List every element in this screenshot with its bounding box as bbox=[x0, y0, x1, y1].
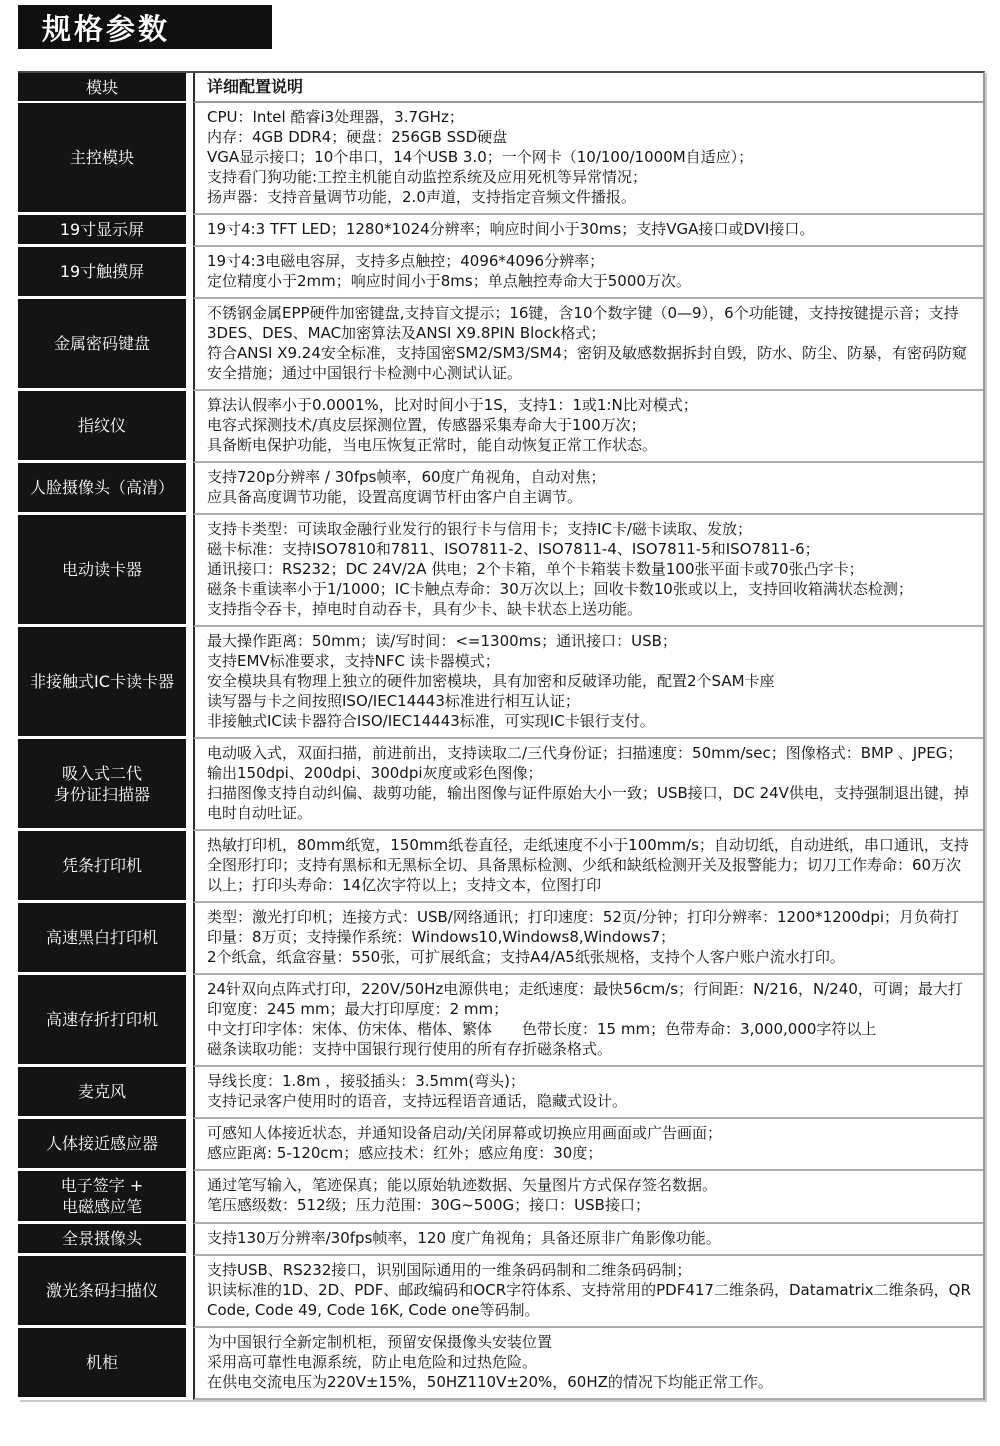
detail-line: 扫描图像支持自动纠偏、裁剪功能，输出图像与证件原始大小一致；USB接口，DC 2… bbox=[207, 783, 973, 823]
detail-line: 19寸4:3电磁电容屏，支持多点触控；4096*4096分辨率； bbox=[207, 251, 973, 271]
detail-cell: 类型：激光打印机；连接方式：USB/网络通讯；打印速度：52页/分钟；打印分辨率… bbox=[193, 903, 983, 975]
table-row: 金属密码键盘 不锈钢金属EPP硬件加密键盘,支持盲文提示；16键，含10个数字键… bbox=[18, 299, 983, 391]
module-cell: 麦克风 bbox=[18, 1067, 186, 1119]
detail-cell: 支持720p分辨率 / 30fps帧率，60度广角视角，自动对焦；应具备高度调节… bbox=[193, 463, 983, 515]
detail-cell: 通过笔写输入，笔迹保真；能以原始轨迹数据、矢量图片方式保存签名数据。笔压感级数：… bbox=[193, 1171, 983, 1224]
detail-line: 支持130万分辨率/30fps帧率，120 度广角视角；具备还原非广角影像功能。 bbox=[207, 1228, 973, 1248]
detail-line: 支持指令吞卡，掉电时自动吞卡，具有少卡、缺卡状态上送功能。 bbox=[207, 599, 973, 619]
module-cell: 19寸显示屏 bbox=[18, 215, 186, 247]
detail-cell: 电动吸入式，双面扫描，前进前出，支持读取二/三代身份证；扫描速度：50mm/se… bbox=[193, 739, 983, 831]
module-cell: 19寸触摸屏 bbox=[18, 247, 186, 299]
table-row: 电动读卡器 支持卡类型：可读取金融行业发行的银行卡与信用卡；支持IC卡/磁卡读取… bbox=[18, 515, 983, 627]
detail-cell: 热敏打印机，80mm纸宽，150mm纸卷直径，走纸速度不小于100mm/s；自动… bbox=[193, 831, 983, 903]
detail-line: 磁卡标准：支持ISO7810和7811、ISO7811-2、ISO7811-4、… bbox=[207, 539, 973, 559]
detail-cell: 不锈钢金属EPP硬件加密键盘,支持盲文提示；16键，含10个数字键（0—9），6… bbox=[193, 299, 983, 391]
table-row: 麦克风 导线长度：1.8m ，接驳插头：3.5mm(弯头)；支持记录客户使用时的… bbox=[18, 1067, 983, 1119]
detail-line: 采用高可靠性电源系统，防止电危险和过热危险。 bbox=[207, 1352, 973, 1372]
spec-table-body: 主控模块 CPU：Intel 酷睿i3处理器，3.7GHz；内存：4GB DDR… bbox=[18, 103, 983, 1400]
table-row: 人体接近感应器 可感知人体接近状态，并通知设备启动/关闭屏幕或切换应用画面或广告… bbox=[18, 1119, 983, 1171]
detail-line: 电动吸入式，双面扫描，前进前出，支持读取二/三代身份证；扫描速度：50mm/se… bbox=[207, 743, 973, 783]
module-cell: 激光条码扫描仪 bbox=[18, 1256, 186, 1328]
detail-line: 最大操作距离：50mm；读/写时间：<=1300ms；通讯接口：USB； bbox=[207, 631, 973, 651]
detail-cell: 导线长度：1.8m ，接驳插头：3.5mm(弯头)；支持记录客户使用时的语音，支… bbox=[193, 1067, 983, 1119]
detail-line: VGA显示接口；10个串口，14个USB 3.0；一个网卡（10/100/100… bbox=[207, 147, 973, 167]
table-row: 电子签字 + 电磁感应笔 通过笔写输入，笔迹保真；能以原始轨迹数据、矢量图片方式… bbox=[18, 1171, 983, 1224]
detail-line: 通讯接口：RS232；DC 24V/2A 供电；2个卡箱，单个卡箱装卡数量100… bbox=[207, 559, 973, 579]
detail-line: 支持720p分辨率 / 30fps帧率，60度广角视角，自动对焦； bbox=[207, 467, 973, 487]
table-row: 主控模块 CPU：Intel 酷睿i3处理器，3.7GHz；内存：4GB DDR… bbox=[18, 103, 983, 215]
detail-line: 支持看门狗功能:工控主机能自动监控系统及应用死机等异常情况； bbox=[207, 167, 973, 187]
page-title: 规格参数 bbox=[18, 5, 272, 49]
detail-cell: 支持USB、RS232接口，识别国际通用的一维条码码制和二维条码码制；识读标准的… bbox=[193, 1256, 983, 1328]
detail-line: 读写器与卡之间按照ISO/IEC14443标准进行相互认证； bbox=[207, 691, 973, 711]
table-row: 机柜 为中国银行全新定制机柜，预留安保摄像头安装位置采用高可靠性电源系统，防止电… bbox=[18, 1328, 983, 1400]
detail-line: 中文打印字体：宋体、仿宋体、楷体、繁体 色带长度：15 mm；色带寿命：3,00… bbox=[207, 1019, 973, 1039]
detail-line: 类型：激光打印机；连接方式：USB/网络通讯；打印速度：52页/分钟；打印分辨率… bbox=[207, 907, 973, 947]
table-row: 凭条打印机 热敏打印机，80mm纸宽，150mm纸卷直径，走纸速度不小于100m… bbox=[18, 831, 983, 903]
detail-line: CPU：Intel 酷睿i3处理器，3.7GHz； bbox=[207, 107, 973, 127]
module-cell: 人脸摄像头（高清） bbox=[18, 463, 186, 515]
table-row: 人脸摄像头（高清） 支持720p分辨率 / 30fps帧率，60度广角视角，自动… bbox=[18, 463, 983, 515]
module-cell: 全景摄像头 bbox=[18, 1224, 186, 1256]
header-detail-cell: 详细配置说明 bbox=[193, 73, 983, 103]
table-row: 激光条码扫描仪 支持USB、RS232接口，识别国际通用的一维条码码制和二维条码… bbox=[18, 1256, 983, 1328]
detail-line: 符合ANSI X9.24安全标准，支持国密SM2/SM3/SM4；密钥及敏感数据… bbox=[207, 343, 973, 383]
detail-line: 磁条读取功能：支持中国银行现行使用的所有存折磁条格式。 bbox=[207, 1039, 973, 1059]
detail-line: 24针双向点阵式打印，220V/50Hz电源供电；走纸速度：最快56cm/s；行… bbox=[207, 979, 973, 1019]
detail-cell: 最大操作距离：50mm；读/写时间：<=1300ms；通讯接口：USB；支持EM… bbox=[193, 627, 983, 739]
module-cell: 高速黑白打印机 bbox=[18, 903, 186, 975]
table-row: 指纹仪 算法认假率小于0.0001%，比对时间小于1S，支持1：1或1:N比对模… bbox=[18, 391, 983, 463]
spec-sheet-page: 规格参数 模块 详细配置说明 主控模块 CPU：Intel 酷睿i3处理器，3.… bbox=[0, 0, 1000, 1446]
module-cell: 金属密码键盘 bbox=[18, 299, 186, 391]
table-row: 高速存折打印机 24针双向点阵式打印，220V/50Hz电源供电；走纸速度：最快… bbox=[18, 975, 983, 1067]
detail-line: 在供电交流电压为220V±15%，50HZ110V±20%，60HZ的情况下均能… bbox=[207, 1372, 973, 1392]
detail-line: 支持USB、RS232接口，识别国际通用的一维条码码制和二维条码码制； bbox=[207, 1260, 973, 1280]
module-cell: 高速存折打印机 bbox=[18, 975, 186, 1067]
detail-line: 支持EMV标准要求，支持NFC 读卡器模式； bbox=[207, 651, 973, 671]
detail-line: 感应距离: 5-120cm；感应技术：红外；感应角度：30度； bbox=[207, 1143, 973, 1163]
module-cell: 吸入式二代 身份证扫描器 bbox=[18, 739, 186, 831]
table-row: 非接触式IC卡读卡器 最大操作距离：50mm；读/写时间：<=1300ms；通讯… bbox=[18, 627, 983, 739]
detail-line: 19寸4:3 TFT LED；1280*1024分辨率；响应时间小于30ms；支… bbox=[207, 219, 973, 239]
module-cell: 电子签字 + 电磁感应笔 bbox=[18, 1171, 186, 1224]
table-row: 吸入式二代 身份证扫描器 电动吸入式，双面扫描，前进前出，支持读取二/三代身份证… bbox=[18, 739, 983, 831]
detail-line: 电容式探测技术/真皮层探测位置，传感器采集寿命大于100万次； bbox=[207, 415, 973, 435]
detail-line: 磁条卡重读率小于1/1000；IC卡触点寿命：30万次以上；回收卡数10张或以上… bbox=[207, 579, 973, 599]
detail-line: 安全模块具有物理上独立的硬件加密模块，具有加密和反破译功能，配置2个SAM卡座 bbox=[207, 671, 973, 691]
detail-cell: 可感知人体接近状态，并通知设备启动/关闭屏幕或切换应用画面或广告画面；感应距离:… bbox=[193, 1119, 983, 1171]
header-module-cell: 模块 bbox=[18, 73, 186, 103]
detail-cell: 支持卡类型：可读取金融行业发行的银行卡与信用卡；支持IC卡/磁卡读取、发放；磁卡… bbox=[193, 515, 983, 627]
detail-line: 算法认假率小于0.0001%，比对时间小于1S，支持1：1或1:N比对模式； bbox=[207, 395, 973, 415]
detail-cell: 支持130万分辨率/30fps帧率，120 度广角视角；具备还原非广角影像功能。 bbox=[193, 1224, 983, 1256]
detail-cell: 24针双向点阵式打印，220V/50Hz电源供电；走纸速度：最快56cm/s；行… bbox=[193, 975, 983, 1067]
table-row: 高速黑白打印机 类型：激光打印机；连接方式：USB/网络通讯；打印速度：52页/… bbox=[18, 903, 983, 975]
detail-line: 为中国银行全新定制机柜，预留安保摄像头安装位置 bbox=[207, 1332, 973, 1352]
table-row: 全景摄像头 支持130万分辨率/30fps帧率，120 度广角视角；具备还原非广… bbox=[18, 1224, 983, 1256]
detail-line: 内存：4GB DDR4；硬盘：256GB SSD硬盘 bbox=[207, 127, 973, 147]
detail-cell: CPU：Intel 酷睿i3处理器，3.7GHz；内存：4GB DDR4；硬盘：… bbox=[193, 103, 983, 215]
detail-line: 导线长度：1.8m ，接驳插头：3.5mm(弯头)； bbox=[207, 1071, 973, 1091]
detail-line: 支持卡类型：可读取金融行业发行的银行卡与信用卡；支持IC卡/磁卡读取、发放； bbox=[207, 519, 973, 539]
detail-line: 热敏打印机，80mm纸宽，150mm纸卷直径，走纸速度不小于100mm/s；自动… bbox=[207, 835, 973, 895]
detail-cell: 为中国银行全新定制机柜，预留安保摄像头安装位置采用高可靠性电源系统，防止电危险和… bbox=[193, 1328, 983, 1400]
table-row: 19寸触摸屏 19寸4:3电磁电容屏，支持多点触控；4096*4096分辨率；定… bbox=[18, 247, 983, 299]
detail-cell: 算法认假率小于0.0001%，比对时间小于1S，支持1：1或1:N比对模式；电容… bbox=[193, 391, 983, 463]
detail-line: 支持记录客户使用时的语音，支持远程语音通话，隐藏式设计。 bbox=[207, 1091, 973, 1111]
detail-line: 通过笔写输入，笔迹保真；能以原始轨迹数据、矢量图片方式保存签名数据。 bbox=[207, 1175, 973, 1195]
detail-line: 定位精度小于2mm；响应时间小于8ms；单点触控寿命大于5000万次。 bbox=[207, 271, 973, 291]
detail-line: 具备断电保护功能，当电压恢复正常时，能自动恢复正常工作状态。 bbox=[207, 435, 973, 455]
detail-line: 应具备高度调节功能，设置高度调节杆由客户自主调节。 bbox=[207, 487, 973, 507]
detail-line: 2个纸盒，纸盒容量：550张，可扩展纸盒；支持A4/A5纸张规格，支持个人客户账… bbox=[207, 947, 973, 967]
detail-line: 笔压感级数：512级；压力范围：30G~500G；接口：USB接口； bbox=[207, 1195, 973, 1215]
detail-line: 扬声器：支持音量调节功能，2.0声道，支持指定音频文件播报。 bbox=[207, 187, 973, 207]
module-cell: 主控模块 bbox=[18, 103, 186, 215]
module-cell: 机柜 bbox=[18, 1328, 186, 1400]
table-header-row: 模块 详细配置说明 bbox=[18, 73, 983, 103]
page-title-text: 规格参数 bbox=[42, 7, 170, 48]
detail-line: 识读标准的1D、2D、PDF、邮政编码和OCR字符体系、支持常用的PDF417二… bbox=[207, 1280, 973, 1320]
module-cell: 凭条打印机 bbox=[18, 831, 186, 903]
table-row: 19寸显示屏 19寸4:3 TFT LED；1280*1024分辨率；响应时间小… bbox=[18, 215, 983, 247]
detail-line: 不锈钢金属EPP硬件加密键盘,支持盲文提示；16键，含10个数字键（0—9），6… bbox=[207, 303, 973, 343]
module-cell: 非接触式IC卡读卡器 bbox=[18, 627, 186, 739]
detail-line: 可感知人体接近状态，并通知设备启动/关闭屏幕或切换应用画面或广告画面； bbox=[207, 1123, 973, 1143]
module-cell: 人体接近感应器 bbox=[18, 1119, 186, 1171]
detail-cell: 19寸4:3电磁电容屏，支持多点触控；4096*4096分辨率；定位精度小于2m… bbox=[193, 247, 983, 299]
module-cell: 指纹仪 bbox=[18, 391, 186, 463]
detail-cell: 19寸4:3 TFT LED；1280*1024分辨率；响应时间小于30ms；支… bbox=[193, 215, 983, 247]
spec-table: 模块 详细配置说明 主控模块 CPU：Intel 酷睿i3处理器，3.7GHz；… bbox=[18, 71, 985, 1400]
detail-line: 非接触式IC读卡器符合ISO/IEC14443标准，可实现IC卡银行支付。 bbox=[207, 711, 973, 731]
module-cell: 电动读卡器 bbox=[18, 515, 186, 627]
